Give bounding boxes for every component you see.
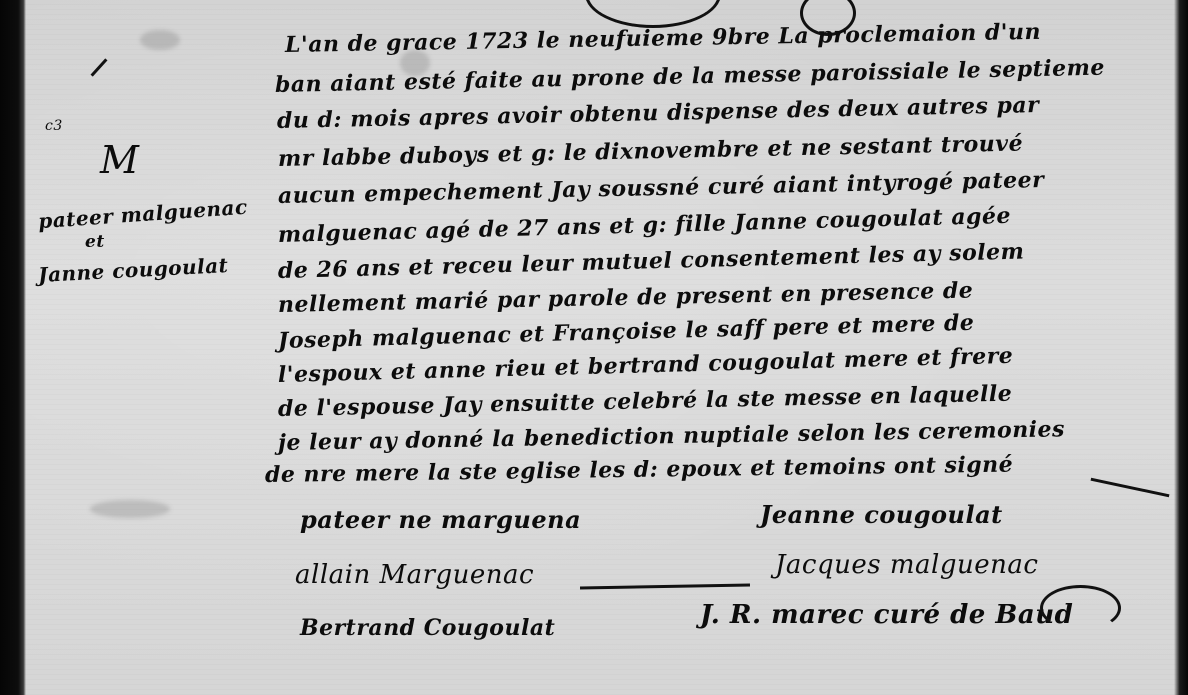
paper-stain [90, 500, 170, 518]
body-line-1: L'an de grace 1723 le neufuieme 9bre La … [285, 19, 1041, 58]
body-line-3: du d: mois apres avoir obtenu dispense d… [277, 92, 1040, 134]
margin-et: et [85, 232, 105, 252]
signature-groom: pateer ne marguena [300, 505, 581, 534]
scan-border-right [1174, 0, 1188, 695]
scanned-register-page: c3 M pateer malguenac et Janne cougoulat… [0, 0, 1188, 695]
scan-border-left [0, 0, 26, 695]
signature-allain-marguenac: allain Marguenac [295, 560, 534, 590]
margin-tick [91, 58, 108, 76]
signature-bertrand-cougoulat: Bertrand Cougoulat [300, 615, 555, 641]
line-end-flourish [1091, 478, 1170, 498]
margin-bride-name: Janne cougoulat [38, 253, 229, 287]
margin-stray-mark: c3 [45, 118, 63, 134]
body-line-5: aucun empechement Jay soussné curé aiant… [278, 167, 1045, 209]
signature-bride: Jeanne cougoulat [760, 500, 1003, 529]
body-line-11: de l'espouse Jay ensuitte celebré la ste… [278, 381, 1013, 422]
signature-jacques-malguenac: Jacques malguenac [775, 550, 1038, 580]
body-line-7: de 26 ans et receu leur mutuel consentem… [278, 238, 1025, 284]
body-line-4: mr labbe duboys et g: le dixnovembre et … [278, 130, 1024, 172]
signature-flourish-loop [1040, 585, 1121, 631]
body-line-13: de nre mere la ste eglise les d: epoux e… [265, 452, 1014, 488]
body-line-12: je leur ay donné la benediction nuptiale… [278, 416, 1065, 456]
signature-underline [580, 584, 750, 590]
margin-groom-name: pateer malguenac [37, 195, 248, 234]
signature-priest: J. R. marec curé de Baud [700, 600, 1073, 630]
paper-stain [140, 30, 180, 50]
margin-initial: M [100, 138, 139, 182]
